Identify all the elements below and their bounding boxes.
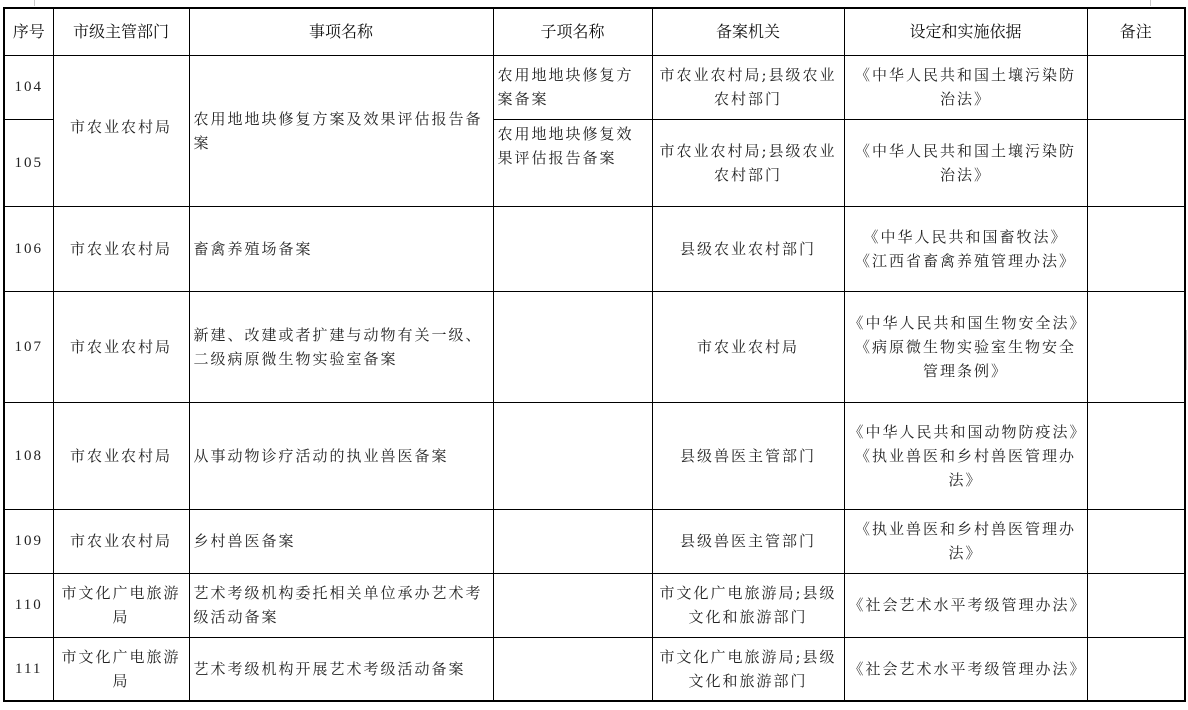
cell-legal-basis: 《社会艺术水平考级管理办法》 bbox=[844, 637, 1087, 701]
cell-item-name: 畜禽养殖场备案 bbox=[189, 206, 493, 291]
header-serial-no: 序号 bbox=[4, 8, 53, 55]
cell-filing-agency: 市文化广电旅游局;县级文化和旅游部门 bbox=[652, 573, 844, 637]
cell-remarks bbox=[1087, 55, 1185, 119]
cell-filing-agency: 市农业农村局;县级农业农村部门 bbox=[652, 119, 844, 206]
header-row: 序号 市级主管部门 事项名称 子项名称 备案机关 设定和实施依据 备注 bbox=[4, 8, 1185, 55]
header-department: 市级主管部门 bbox=[53, 8, 189, 55]
cell-legal-basis: 《执业兽医和乡村兽医管理办法》 bbox=[844, 509, 1087, 573]
cell-sub-item bbox=[493, 509, 652, 573]
basis-law: 《中华人民共和国生物安全法》 bbox=[849, 311, 1083, 335]
page-edge-mark bbox=[1186, 330, 1187, 370]
cell-sub-item: 农用地地块修复方案备案 bbox=[493, 55, 652, 119]
cell-legal-basis: 《中华人民共和国生物安全法》 《病原微生物实验室生物安全管理条例》 bbox=[844, 291, 1087, 402]
cell-remarks bbox=[1087, 291, 1185, 402]
header-sub-item: 子项名称 bbox=[493, 8, 652, 55]
header-legal-basis: 设定和实施依据 bbox=[844, 8, 1087, 55]
cell-item-name: 从事动物诊疗活动的执业兽医备案 bbox=[189, 402, 493, 509]
cell-sub-item: 农用地地块修复效果评估报告备案 bbox=[493, 119, 652, 206]
table-row: 107 市农业农村局 新建、改建或者扩建与动物有关一级、二级病原微生物实验室备案… bbox=[4, 291, 1185, 402]
cell-sub-item bbox=[493, 402, 652, 509]
cell-department: 市文化广电旅游局 bbox=[53, 637, 189, 701]
basis-regulation: 《执业兽医和乡村兽医管理办法》 bbox=[849, 444, 1083, 492]
table-row: 108 市农业农村局 从事动物诊疗活动的执业兽医备案 县级兽医主管部门 《中华人… bbox=[4, 402, 1185, 509]
cell-filing-agency: 县级兽医主管部门 bbox=[652, 402, 844, 509]
cell-department: 市农业农村局 bbox=[53, 206, 189, 291]
cell-serial-no: 109 bbox=[4, 509, 53, 573]
table-row: 109 市农业农村局 乡村兽医备案 县级兽医主管部门 《执业兽医和乡村兽医管理办… bbox=[4, 509, 1185, 573]
header-filing-agency: 备案机关 bbox=[652, 8, 844, 55]
table-row: 110 市文化广电旅游局 艺术考级机构委托相关单位承办艺术考级活动备案 市文化广… bbox=[4, 573, 1185, 637]
header-remarks: 备注 bbox=[1087, 8, 1185, 55]
cell-serial-no: 105 bbox=[4, 119, 53, 206]
basis-regulation: 《病原微生物实验室生物安全管理条例》 bbox=[849, 335, 1083, 383]
cell-legal-basis: 《中华人民共和国土壤污染防治法》 bbox=[844, 119, 1087, 206]
basis-law: 《中华人民共和国土壤污染防治法》 bbox=[849, 63, 1083, 111]
basis-regulation: 《社会艺术水平考级管理办法》 bbox=[849, 657, 1083, 681]
cell-department: 市农业农村局 bbox=[53, 291, 189, 402]
cell-filing-agency: 市农业农村局;县级农业农村部门 bbox=[652, 55, 844, 119]
cell-legal-basis: 《中华人民共和国动物防疫法》 《执业兽医和乡村兽医管理办法》 bbox=[844, 402, 1087, 509]
page-edge-mark bbox=[1150, 0, 1151, 6]
cell-item-name: 农用地地块修复方案及效果评估报告备案 bbox=[189, 55, 493, 206]
cell-sub-item bbox=[493, 573, 652, 637]
cell-serial-no: 106 bbox=[4, 206, 53, 291]
cell-legal-basis: 《社会艺术水平考级管理办法》 bbox=[844, 573, 1087, 637]
cell-filing-agency: 县级兽医主管部门 bbox=[652, 509, 844, 573]
cell-serial-no: 111 bbox=[4, 637, 53, 701]
cell-filing-agency: 县级农业农村部门 bbox=[652, 206, 844, 291]
cell-serial-no: 104 bbox=[4, 55, 53, 119]
table-row: 106 市农业农村局 畜禽养殖场备案 县级农业农村部门 《中华人民共和国畜牧法》… bbox=[4, 206, 1185, 291]
basis-regulation: 《社会艺术水平考级管理办法》 bbox=[849, 593, 1083, 617]
cell-remarks bbox=[1087, 509, 1185, 573]
cell-item-name: 艺术考级机构委托相关单位承办艺术考级活动备案 bbox=[189, 573, 493, 637]
cell-remarks bbox=[1087, 119, 1185, 206]
cell-sub-item bbox=[493, 637, 652, 701]
page-edge-mark bbox=[34, 0, 35, 6]
cell-department: 市农业农村局 bbox=[53, 402, 189, 509]
cell-serial-no: 108 bbox=[4, 402, 53, 509]
cell-serial-no: 110 bbox=[4, 573, 53, 637]
cell-filing-agency: 市文化广电旅游局;县级文化和旅游部门 bbox=[652, 637, 844, 701]
cell-sub-item bbox=[493, 206, 652, 291]
header-item-name: 事项名称 bbox=[189, 8, 493, 55]
cell-department: 市文化广电旅游局 bbox=[53, 573, 189, 637]
cell-remarks bbox=[1087, 206, 1185, 291]
table-row: 111 市文化广电旅游局 艺术考级机构开展艺术考级活动备案 市文化广电旅游局;县… bbox=[4, 637, 1185, 701]
basis-regulation: 《执业兽医和乡村兽医管理办法》 bbox=[849, 517, 1083, 565]
basis-law: 《中华人民共和国畜牧法》 bbox=[849, 225, 1083, 249]
cell-legal-basis: 《中华人民共和国土壤污染防治法》 bbox=[844, 55, 1087, 119]
cell-department: 市农业农村局 bbox=[53, 55, 189, 206]
cell-item-name: 乡村兽医备案 bbox=[189, 509, 493, 573]
basis-regulation: 《江西省畜禽养殖管理办法》 bbox=[849, 249, 1083, 273]
cell-item-name: 艺术考级机构开展艺术考级活动备案 bbox=[189, 637, 493, 701]
basis-law: 《中华人民共和国动物防疫法》 bbox=[849, 420, 1083, 444]
cell-sub-item bbox=[493, 291, 652, 402]
cell-item-name: 新建、改建或者扩建与动物有关一级、二级病原微生物实验室备案 bbox=[189, 291, 493, 402]
cell-filing-agency: 市农业农村局 bbox=[652, 291, 844, 402]
filing-items-table: 序号 市级主管部门 事项名称 子项名称 备案机关 设定和实施依据 备注 104 … bbox=[3, 7, 1186, 702]
basis-law: 《中华人民共和国土壤污染防治法》 bbox=[849, 139, 1083, 187]
cell-legal-basis: 《中华人民共和国畜牧法》 《江西省畜禽养殖管理办法》 bbox=[844, 206, 1087, 291]
cell-serial-no: 107 bbox=[4, 291, 53, 402]
cell-department: 市农业农村局 bbox=[53, 509, 189, 573]
cell-remarks bbox=[1087, 637, 1185, 701]
cell-remarks bbox=[1087, 573, 1185, 637]
table-row: 104 市农业农村局 农用地地块修复方案及效果评估报告备案 农用地地块修复方案备… bbox=[4, 55, 1185, 119]
cell-remarks bbox=[1087, 402, 1185, 509]
